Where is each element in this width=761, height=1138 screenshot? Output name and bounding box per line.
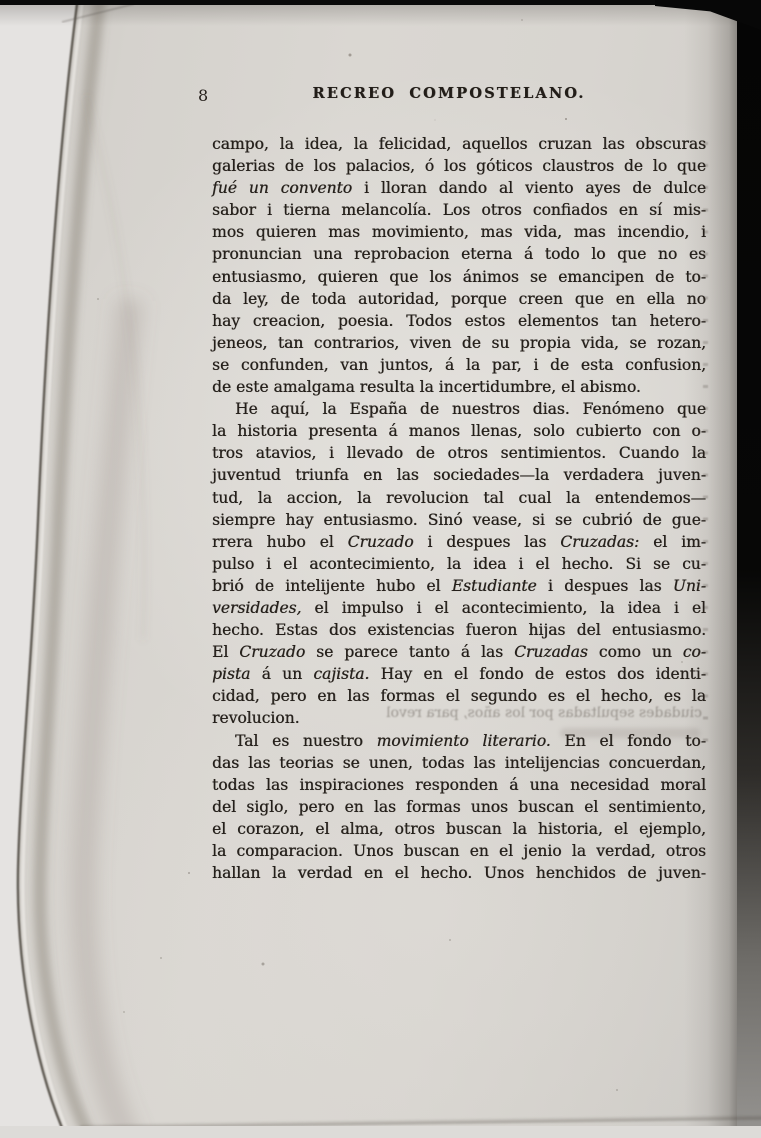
text-segment: la comparacion. Unos buscan en el jenio …	[212, 842, 706, 860]
text-segment: se confunden, van juntos, á la par, i de…	[212, 356, 706, 374]
text-segment: sabor i tierna melancolía. Los otros con…	[212, 201, 706, 219]
text-segment: jeneos, tan contrarios, viven de su prop…	[212, 334, 706, 352]
text-line: todas las inspiraciones responden á una …	[212, 774, 706, 796]
italic-text: pista	[212, 665, 250, 683]
text-line: El Cruzado se parece tanto á las Cruzada…	[212, 641, 706, 663]
text-segment: rrera hubo el	[212, 533, 348, 551]
text-line: de este amalgama resulta la incertidumbr…	[212, 376, 706, 398]
text-segment: mos quieren mas movimiento, mas vida, ma…	[212, 223, 706, 241]
text-line: entusiasmo, quieren que los ánimos se em…	[212, 266, 706, 288]
text-line: rrera hubo el Cruzado i despues las Cruz…	[212, 531, 706, 553]
italic-text: versidades,	[212, 599, 301, 617]
text-segment: entusiasmo, quieren que los ánimos se em…	[212, 268, 706, 286]
gutter-shadow	[684, 0, 740, 1138]
text-segment: El	[212, 643, 239, 661]
text-line: brió de intelijente hubo el Estudiante i…	[212, 575, 706, 597]
scan-edge-top	[0, 0, 761, 5]
text-segment: campo, la idea, la felicidad, aquellos c…	[212, 135, 706, 153]
scanned-book-page: ciudades sepultadas por los años, para r…	[0, 0, 761, 1138]
scan-edge-bottom	[0, 1126, 761, 1138]
text-segment: juventud triunfa en las sociedades—la ve…	[212, 466, 706, 484]
text-segment: hallan la verdad en el hecho. Unos hench…	[212, 864, 706, 882]
text-line: mos quieren mas movimiento, mas vida, ma…	[212, 221, 706, 243]
page-header: 8 RECREO COMPOSTELANO.	[212, 85, 706, 107]
text-line: fué un convento i lloran dando al viento…	[212, 177, 706, 199]
text-line: He aquí, la España de nuestros dias. Fen…	[212, 398, 706, 420]
text-line: siempre hay entusiasmo. Sinó vease, si s…	[212, 509, 706, 531]
text-segment: i despues las	[414, 533, 561, 551]
text-line: versidades, el impulso i el acontecimien…	[212, 597, 706, 619]
text-line: la historia presenta á manos llenas, sol…	[212, 420, 706, 442]
text-line: cidad, pero en las formas el segundo es …	[212, 685, 706, 707]
text-segment: He aquí, la España de nuestros dias. Fen…	[235, 400, 706, 418]
running-title: RECREO COMPOSTELANO.	[212, 85, 706, 102]
text-segment: del siglo, pero en las formas unos busca…	[212, 798, 706, 816]
text-segment: cidad, pero en las formas el segundo es …	[212, 687, 706, 705]
text-line: juventud triunfa en las sociedades—la ve…	[212, 464, 706, 486]
text-segment: el corazon, el alma, otros buscan la his…	[212, 820, 706, 838]
text-segment: se parece tanto á las	[305, 643, 514, 661]
text-line: tud, la accion, la revolucion tal cual l…	[212, 487, 706, 509]
text-line: galerias de los palacios, ó los góticos …	[212, 155, 706, 177]
text-segment: tud, la accion, la revolucion tal cual l…	[212, 489, 706, 507]
text-segment: hay creacion, poesia. Todos estos elemen…	[212, 312, 706, 330]
text-segment: la historia presenta á manos llenas, sol…	[212, 422, 706, 440]
text-line: das las teorias se unen, todas las intel…	[212, 752, 706, 774]
scan-edge-right	[737, 0, 761, 1138]
text-segment: da ley, de toda autoridad, porque creen …	[212, 290, 706, 308]
text-segment: siempre hay entusiasmo. Sinó vease, si s…	[212, 511, 706, 529]
text-segment: i lloran dando al viento ayes de dulce	[352, 179, 706, 197]
text-segment: como un	[588, 643, 683, 661]
text-segment: pronuncian una reprobacion eterna á todo…	[212, 245, 706, 263]
text-segment: pulso i el acontecimiento, la idea i el …	[212, 555, 706, 573]
italic-text: fué un convento	[212, 179, 352, 197]
text-segment: Hay en el fondo de estos dos identi-	[369, 665, 706, 683]
italic-text: Cruzadas	[514, 643, 588, 661]
text-segment: das las teorias se unen, todas las intel…	[212, 754, 706, 772]
text-segment: á un	[250, 665, 313, 683]
text-segment: revolucion.	[212, 709, 300, 727]
text-line: se confunden, van juntos, á la par, i de…	[212, 354, 706, 376]
text-segment: tros atavios, i llevado de otros sentimi…	[212, 444, 706, 462]
text-line: pulso i el acontecimiento, la idea i el …	[212, 553, 706, 575]
text-segment: Tal es nuestro	[235, 732, 377, 750]
italic-text: movimiento literario.	[377, 732, 551, 750]
text-line: pronuncian una reprobacion eterna á todo…	[212, 243, 706, 265]
italic-text: Estudiante	[452, 577, 537, 595]
text-line: hallan la verdad en el hecho. Unos hench…	[212, 862, 706, 884]
text-line: Tal es nuestro movimiento literario. En …	[212, 730, 706, 752]
text-segment: todas las inspiraciones responden á una …	[212, 776, 706, 794]
text-segment: de este amalgama resulta la incertidumbr…	[212, 378, 641, 396]
italic-text: cajista.	[313, 665, 369, 683]
text-segment: En el fondo to-	[551, 732, 706, 750]
italic-text: Cruzado	[239, 643, 305, 661]
text-line: hay creacion, poesia. Todos estos elemen…	[212, 310, 706, 332]
italic-text: Cruzadas:	[560, 533, 639, 551]
text-line: pista á un cajista. Hay en el fondo de e…	[212, 663, 706, 685]
text-line: hecho. Estas dos existencias fueron hija…	[212, 619, 706, 641]
text-line: revolucion.	[212, 707, 706, 729]
text-line: jeneos, tan contrarios, viven de su prop…	[212, 332, 706, 354]
text-segment: galerias de los palacios, ó los góticos …	[212, 157, 706, 175]
text-segment: hecho. Estas dos existencias fueron hija…	[212, 621, 706, 639]
text-segment: i despues las	[537, 577, 673, 595]
text-line: da ley, de toda autoridad, porque creen …	[212, 288, 706, 310]
page-number: 8	[198, 86, 209, 105]
italic-text: Cruzado	[348, 533, 414, 551]
text-segment: el impulso i el acontecimiento, la idea …	[301, 599, 706, 617]
text-line: campo, la idea, la felicidad, aquellos c…	[212, 133, 706, 155]
text-line: el corazon, el alma, otros buscan la his…	[212, 818, 706, 840]
text-line: tros atavios, i llevado de otros sentimi…	[212, 442, 706, 464]
text-segment: brió de intelijente hubo el	[212, 577, 452, 595]
text-line: sabor i tierna melancolía. Los otros con…	[212, 199, 706, 221]
text-line: del siglo, pero en las formas unos busca…	[212, 796, 706, 818]
body-text: campo, la idea, la felicidad, aquellos c…	[212, 133, 706, 884]
text-line: la comparacion. Unos buscan en el jenio …	[212, 840, 706, 862]
